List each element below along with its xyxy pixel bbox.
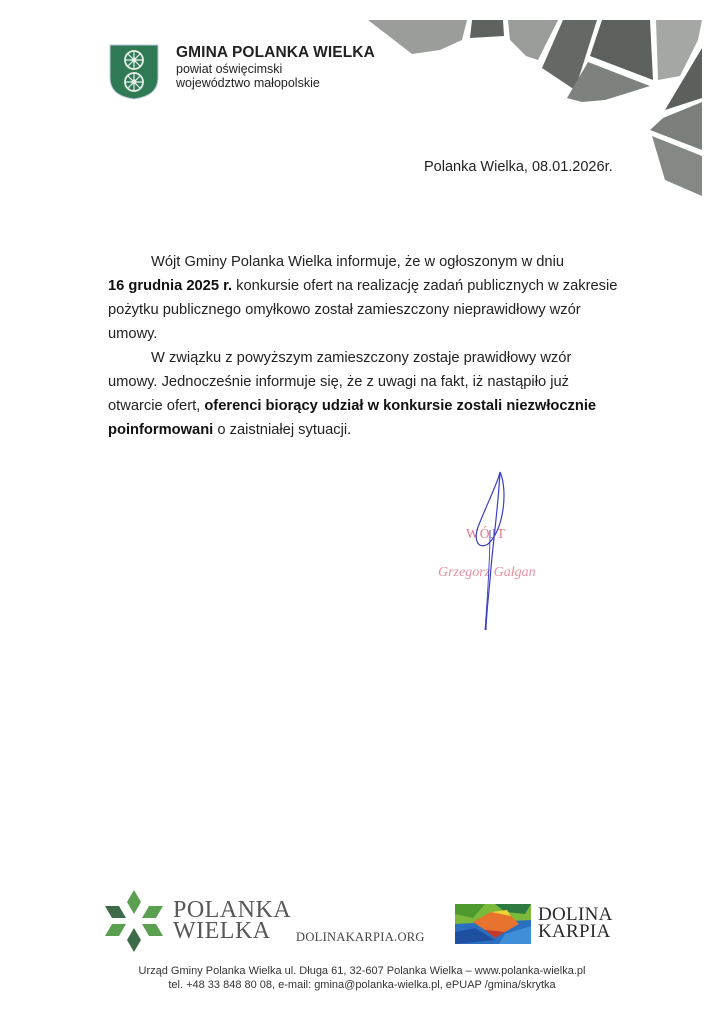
letter-body: Wójt Gminy Polanka Wielka informuje, że … bbox=[108, 250, 618, 442]
wordmark-line-2: WIELKA bbox=[173, 921, 291, 942]
paragraph-2: W związku z powyższym zamieszczony zosta… bbox=[108, 346, 618, 442]
org-name: GMINA POLANKA WIELKA bbox=[176, 44, 375, 62]
contest-date: 16 grudnia 2025 r. bbox=[108, 278, 232, 294]
footer-contact-info: Urząd Gminy Polanka Wielka ul. Długa 61,… bbox=[100, 964, 624, 992]
polanka-wielka-star-logo-icon bbox=[103, 888, 165, 954]
handwritten-signature-icon bbox=[460, 470, 550, 640]
date-line: Polanka Wielka, 08.01.2026r. bbox=[424, 159, 613, 175]
footer-address: Urząd Gminy Polanka Wielka ul. Długa 61,… bbox=[100, 964, 624, 978]
letterhead: GMINA POLANKA WIELKA powiat oświęcimski … bbox=[176, 44, 375, 90]
dolina-karpia-fish-logo-icon bbox=[455, 904, 531, 944]
crest-icon bbox=[109, 44, 159, 100]
voivodeship: województwo małopolskie bbox=[176, 76, 375, 90]
paragraph-1: Wójt Gminy Polanka Wielka informuje, że … bbox=[108, 250, 618, 346]
polanka-wielka-wordmark: POLANKA WIELKA bbox=[173, 900, 291, 942]
paragraph-2-rest: o zaistniałej sytuacji. bbox=[213, 422, 351, 438]
dolina-karpia-wordmark: DOLINA KARPIA bbox=[538, 906, 613, 940]
dk-line-2: KARPIA bbox=[538, 923, 613, 940]
paragraph-1-intro: Wójt Gminy Polanka Wielka informuje, że … bbox=[108, 250, 618, 274]
footer-contact: tel. +48 33 848 80 08, e-mail: gmina@pol… bbox=[100, 978, 624, 992]
dolina-karpia-url: DOLINAKARPIA.ORG bbox=[296, 930, 425, 945]
county: powiat oświęcimski bbox=[176, 62, 375, 76]
